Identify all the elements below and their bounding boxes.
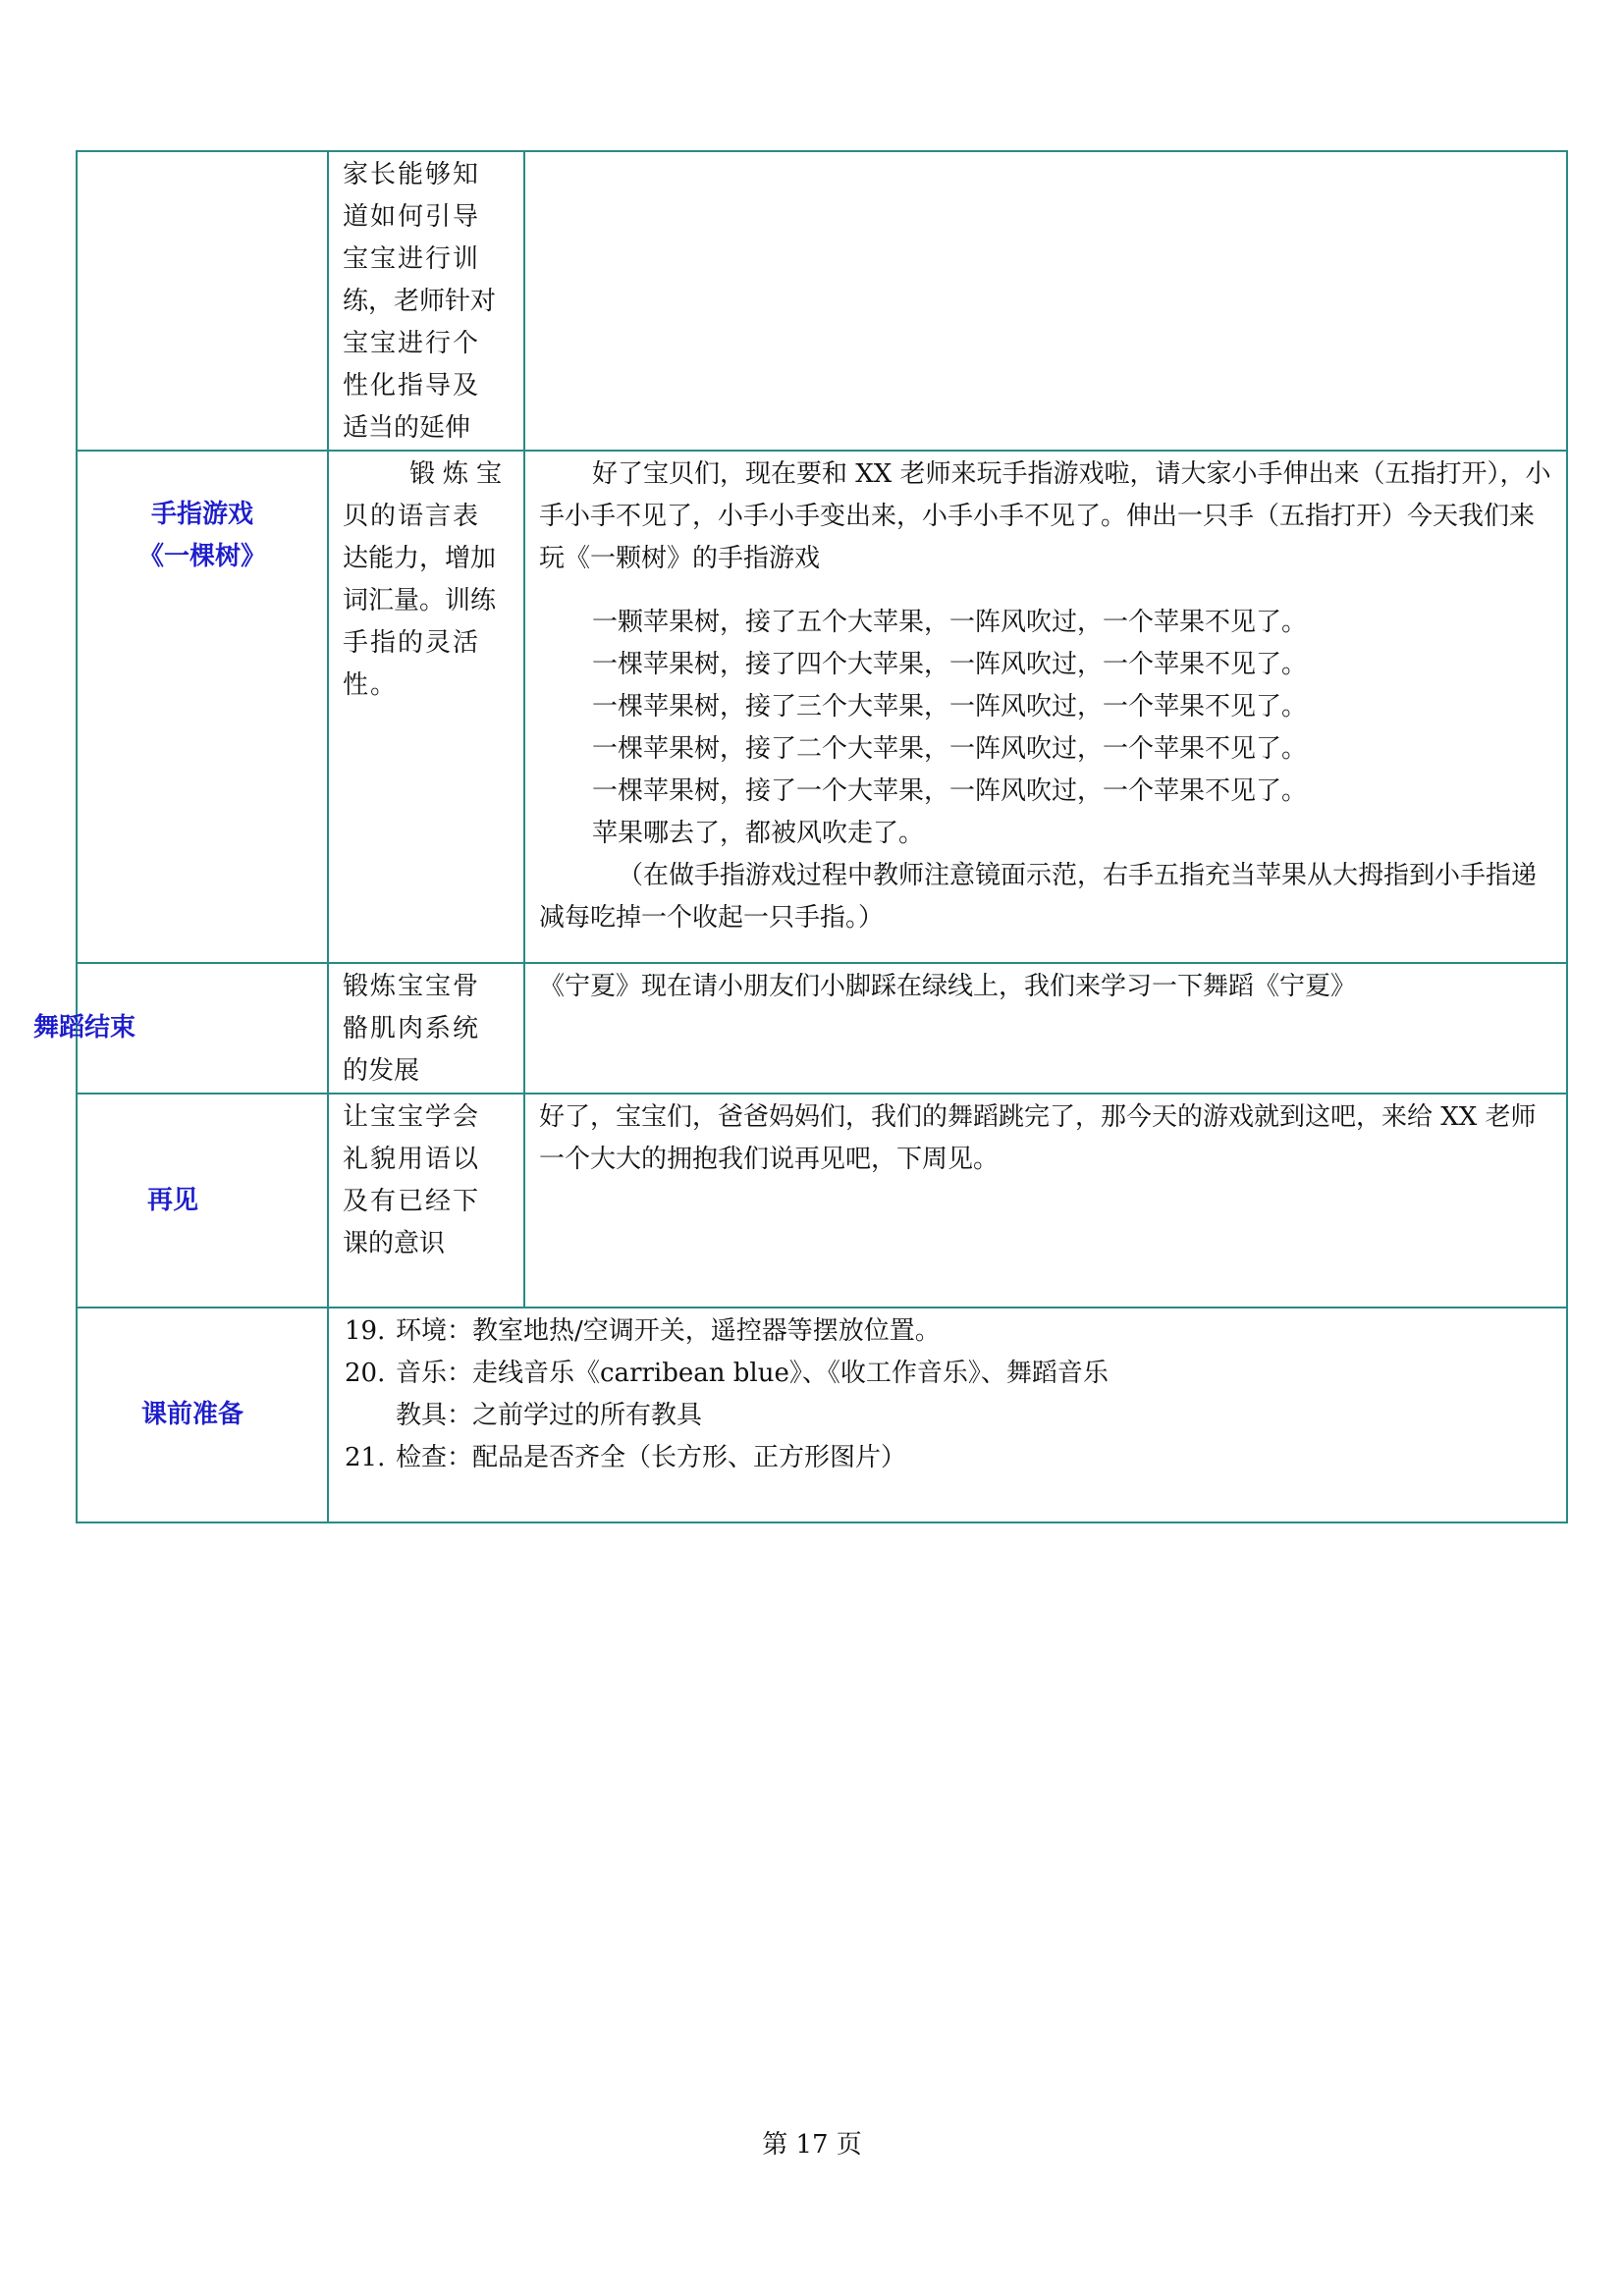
goal-line: 宝宝进行个: [343, 323, 510, 365]
intro-paragraph: 好了宝贝们，现在要和 XX 老师来玩手指游戏啦，请大家小手伸出来（五指打开），小…: [539, 454, 1554, 580]
goal-line: 家长能够知: [343, 154, 510, 196]
goal-cell: 锻炼宝宝骨 骼肌肉系统 的发展: [328, 963, 524, 1094]
verse-line: 苹果哪去了，都被风吹走了。: [539, 813, 1554, 855]
preparation-cell: 19.环境：教室地热/空调开关，遥控器等摆放位置。 20.音乐：走线音乐《car…: [328, 1308, 1567, 1522]
goal-line: 课的意识: [343, 1223, 510, 1265]
goal-line: 性化指导及: [343, 365, 510, 407]
table-row: 再见 让宝宝学会 礼貌用语以 及有已经下 课的意识 好了，宝宝们，爸爸妈妈们，我…: [77, 1094, 1567, 1308]
goal-line: 达能力，增加: [343, 538, 510, 580]
content-cell: 好了，宝宝们，爸爸妈妈们，我们的舞蹈跳完了，那今天的游戏就到这吧，来给 XX 老…: [524, 1094, 1567, 1308]
prep-item: 20.音乐：走线音乐《carribean blue》、《收工作音乐》、舞蹈音乐: [345, 1353, 1554, 1395]
item-number: 19.: [345, 1310, 396, 1353]
content-cell: 《宁夏》现在请小朋友们小脚踩在绿线上，我们来学习一下舞蹈《宁夏》: [524, 963, 1567, 1094]
table-row: 家长能够知 道如何引导 宝宝进行训 练，老师针对 宝宝进行个 性化指导及 适当的…: [77, 151, 1567, 451]
section-title: 课前准备: [58, 1394, 327, 1436]
item-number: 20.: [345, 1353, 396, 1395]
goal-line: 性。: [343, 665, 510, 707]
goal-cell: 家长能够知 道如何引导 宝宝进行训 练，老师针对 宝宝进行个 性化指导及 适当的…: [328, 151, 524, 451]
item-text: 环境：教室地热/空调开关，遥控器等摆放位置。: [396, 1316, 941, 1346]
page-number: 第 17 页: [0, 2124, 1624, 2161]
goal-line: 手指的灵活: [343, 622, 510, 665]
goal-line: 锻炼宝: [343, 454, 510, 496]
prep-item: 19.环境：教室地热/空调开关，遥控器等摆放位置。: [345, 1310, 1554, 1353]
verse-line: 一棵苹果树，接了三个大苹果，一阵风吹过，一个苹果不见了。: [539, 686, 1554, 728]
goodbye-paragraph: 好了，宝宝们，爸爸妈妈们，我们的舞蹈跳完了，那今天的游戏就到这吧，来给 XX 老…: [539, 1096, 1554, 1181]
section-label-goodbye: 再见: [77, 1094, 328, 1308]
goal-line: 骼肌肉系统: [343, 1008, 510, 1050]
goal-line: 道如何引导: [343, 196, 510, 239]
verse-line: 一棵苹果树，接了四个大苹果，一阵风吹过，一个苹果不见了。: [539, 644, 1554, 686]
section-subtitle: 《一棵树》: [78, 536, 327, 578]
item-text: 教具：之前学过的所有教具: [396, 1401, 702, 1430]
lesson-plan-table: 家长能够知 道如何引导 宝宝进行训 练，老师针对 宝宝进行个 性化指导及 适当的…: [76, 150, 1568, 1523]
goal-line: 让宝宝学会: [343, 1096, 510, 1139]
item-text: 音乐：走线音乐《carribean blue》、《收工作音乐》、舞蹈音乐: [396, 1359, 1109, 1388]
table-row: 课前准备 19.环境：教室地热/空调开关，遥控器等摆放位置。 20.音乐：走线音…: [77, 1308, 1567, 1522]
goal-line: 礼貌用语以: [343, 1139, 510, 1181]
dance-paragraph: 《宁夏》现在请小朋友们小脚踩在绿线上，我们来学习一下舞蹈《宁夏》: [539, 966, 1554, 1008]
label-cell: [77, 151, 328, 451]
section-title: 舞蹈结束: [33, 1007, 327, 1049]
goal-line: 贝的语言表: [343, 496, 510, 538]
prep-item: 教具：之前学过的所有教具: [345, 1395, 1554, 1437]
goal-line: 练，老师针对: [343, 281, 510, 323]
goal-line: 适当的延伸: [343, 407, 510, 450]
section-label-preparation: 课前准备: [77, 1308, 328, 1522]
verse-line: 一棵苹果树，接了二个大苹果，一阵风吹过，一个苹果不见了。: [539, 728, 1554, 771]
section-label-finger-game: 手指游戏 《一棵树》: [77, 451, 328, 963]
item-text: 检查：配品是否齐全（长方形、正方形图片）: [396, 1443, 906, 1472]
table-row: 舞蹈结束 锻炼宝宝骨 骼肌肉系统 的发展 《宁夏》现在请小朋友们小脚踩在绿线上，…: [77, 963, 1567, 1094]
verse-line: 一颗苹果树，接了五个大苹果，一阵风吹过，一个苹果不见了。: [539, 602, 1554, 644]
teacher-note: （在做手指游戏过程中教师注意镜面示范，右手五指充当苹果从大拇指到小手指递减每吃掉…: [539, 855, 1554, 939]
section-title: 再见: [19, 1180, 327, 1222]
content-cell: [524, 151, 1567, 451]
section-label-dance-end: 舞蹈结束: [77, 963, 328, 1094]
goal-line: 的发展: [343, 1050, 510, 1093]
goal-line: 词汇量。训练: [343, 580, 510, 622]
section-title: 手指游戏: [78, 494, 327, 536]
goal-cell: 锻炼宝 贝的语言表 达能力，增加 词汇量。训练 手指的灵活 性。: [328, 451, 524, 963]
goal-cell: 让宝宝学会 礼貌用语以 及有已经下 课的意识: [328, 1094, 524, 1308]
goal-line: 锻炼宝宝骨: [343, 966, 510, 1008]
table-row: 手指游戏 《一棵树》 锻炼宝 贝的语言表 达能力，增加 词汇量。训练 手指的灵活…: [77, 451, 1567, 963]
content-cell: 好了宝贝们，现在要和 XX 老师来玩手指游戏啦，请大家小手伸出来（五指打开），小…: [524, 451, 1567, 963]
item-number: 21.: [345, 1437, 396, 1479]
verse-line: 一棵苹果树，接了一个大苹果，一阵风吹过，一个苹果不见了。: [539, 771, 1554, 813]
goal-line: 宝宝进行训: [343, 239, 510, 281]
goal-line: 及有已经下: [343, 1181, 510, 1223]
prep-item: 21.检查：配品是否齐全（长方形、正方形图片）: [345, 1437, 1554, 1479]
